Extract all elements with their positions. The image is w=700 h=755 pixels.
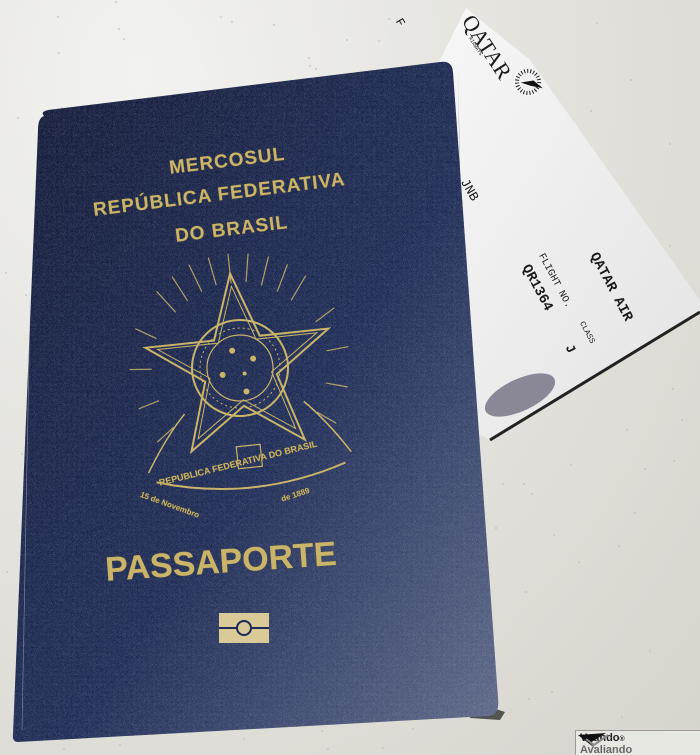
coat-of-arms-emblem bbox=[0, 0, 700, 755]
watermark-plane-icon bbox=[576, 731, 610, 751]
watermark-logo: Voando® Avaliando bbox=[575, 730, 700, 755]
biometric-chip-icon bbox=[219, 613, 269, 643]
